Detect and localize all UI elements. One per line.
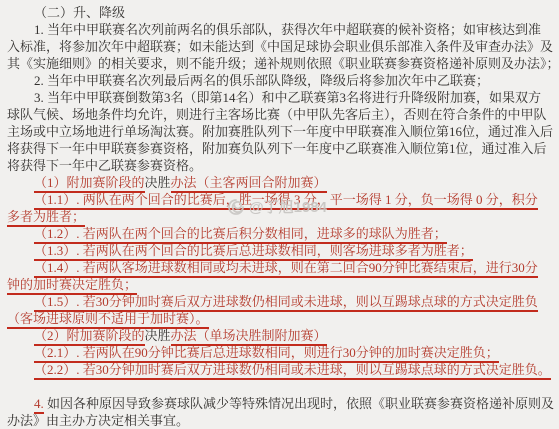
annotated-text-segment: （1.1）. 两队在两个回合的比赛后，胜一场得 3 分，平一场得 1 分，负一场… [34,192,538,210]
text-segment: （二）升、降级 [34,5,125,20]
text-line: 3. 当年中甲联赛倒数第3名（即第14名）和中乙联赛第3名将进行升降级附加赛，如… [7,89,554,106]
text-line: （2.2）. 若30分钟加时赛后双方进球数仍相同或未进球，则以互踢球点球的方式决… [7,361,554,378]
text-line: 办法》由主办方决定相关事宜。 [7,412,554,429]
text-segment: 决胜 [145,175,171,190]
text-line: （1.4）. 若两队客场进球数相同或均未进球，则在第二回合90分钟比赛结束后，进… [7,259,554,276]
text-segment: 决胜 [145,328,171,343]
text-line: 将获得下一年中乙联赛参赛资格。 [7,157,554,174]
document-body: （二）升、降级1. 当年中甲联赛名次列前两名的俱乐部队，获得次年中超联赛的候补资… [0,0,559,429]
text-line: 钟的加时赛决定胜负； [7,276,554,293]
text-line: （1.3）. 若两队在两个回合的比赛后总进球数相同，则客场进球多者为胜者； [7,242,554,259]
text-line: 其《实施细则》的相关要求，则不能升级；递补规则依照《职业联赛参赛资格递补原则及办… [7,55,554,72]
text-line: 2. 当年中甲联赛名次列最后两名的俱乐部队降级，降级后将参加次年中乙联赛； [7,72,554,89]
document-page: （二）升、降级1. 当年中甲联赛名次列前两名的俱乐部队，获得次年中超联赛的候补资… [0,0,559,429]
text-line: 球队气候、场地条件均允许，则进行主客场比赛（中甲队先客后主），否则在符合条件的中… [7,106,554,123]
text-segment: 1. 当年中甲联赛名次列前两名的俱乐部队，获得次年中超联赛的候补资格；如审核达到… [34,22,541,37]
text-line: 入标准，将参加次年中超联赛；如未能达到《中国足球协会职业俱乐部准入条件及审查办法… [7,38,554,55]
text-segment: 入标准，将参加次年中超联赛；如未能达到《中国足球协会职业俱乐部准入条件及审查办法… [7,39,553,54]
text-segment: 如因各种原因导致参赛球队减少等特殊情况出现时，依照《职业联赛参赛资格递补原则及 [44,396,554,411]
text-line: 主场或中立场地进行单场淘汰赛。附加赛胜队列下一年度中甲联赛准入顺位第16位，通过… [7,123,554,140]
text-line: （二）升、降级 [7,4,554,21]
text-segment: 2. 当年中甲联赛名次列最后两名的俱乐部队降级，降级后将参加次年中乙联赛； [34,73,489,88]
text-line: （1.1）. 两队在两个回合的比赛后，胜一场得 3 分，平一场得 1 分，负一场… [7,191,554,208]
annotated-text-segment: （2.2）. 若30分钟加时赛后双方进球数仍相同或未进球，则以互踢球点球的方式决… [34,362,551,380]
blank-line [7,378,554,395]
text-segment: 其《实施细则》的相关要求，则不能升级；递补规则依照《职业联赛参赛资格递补原则及办… [7,56,559,71]
text-line: 将获得下一年中甲联赛参赛资格，附加赛负队列下一年度中乙联赛准入顺位第1位，通过准… [7,140,554,157]
text-line: （1）附加赛阶段的决胜办法（主客两回合附加赛） [7,174,554,191]
text-line: （2）附加赛阶段的决胜办法（单场决胜制附加赛） [7,327,554,344]
text-segment: 将获得下一年中乙联赛参赛资格。 [7,158,202,173]
text-line: （1.2）. 若两队在两个回合的比赛后积分数相同，进球多的球队为胜者； [7,225,554,242]
text-line: 4. 如因各种原因导致参赛球队减少等特殊情况出现时，依照《职业联赛参赛资格递补原… [7,395,554,412]
text-line: 多者为胜者； [7,208,554,225]
text-segment: 主场或中立场地进行单场淘汰赛。附加赛胜队列下一年度中甲联赛准入顺位第16位，通过… [7,124,553,139]
text-segment: 办法》由主办方决定相关事宜。 [7,413,189,428]
text-line: （2.1）. 若两队在90分钟比赛后总进球数相同，则进行30分钟的加时赛决定胜负… [7,344,554,361]
text-line: （1.5）. 若30分钟加时赛后双方进球数仍相同或未进球，则以互踢球点球的方式决… [7,293,554,310]
text-line: （客场进球原则不适用于加时赛）。 [7,310,554,327]
text-line: 1. 当年中甲联赛名次列前两名的俱乐部队，获得次年中超联赛的候补资格；如审核达到… [7,21,554,38]
text-segment: 将获得下一年中甲联赛参赛资格，附加赛负队列下一年度中乙联赛准入顺位第1位，通过准… [7,141,547,156]
text-segment: 3. 当年中甲联赛倒数第3名（即第14名）和中乙联赛第3名将进行升降级附加赛，如… [34,90,541,105]
text-segment: 球队气候、场地条件均允许，则进行主客场比赛（中甲队先客后主），否则在符合条件的中… [7,107,547,122]
